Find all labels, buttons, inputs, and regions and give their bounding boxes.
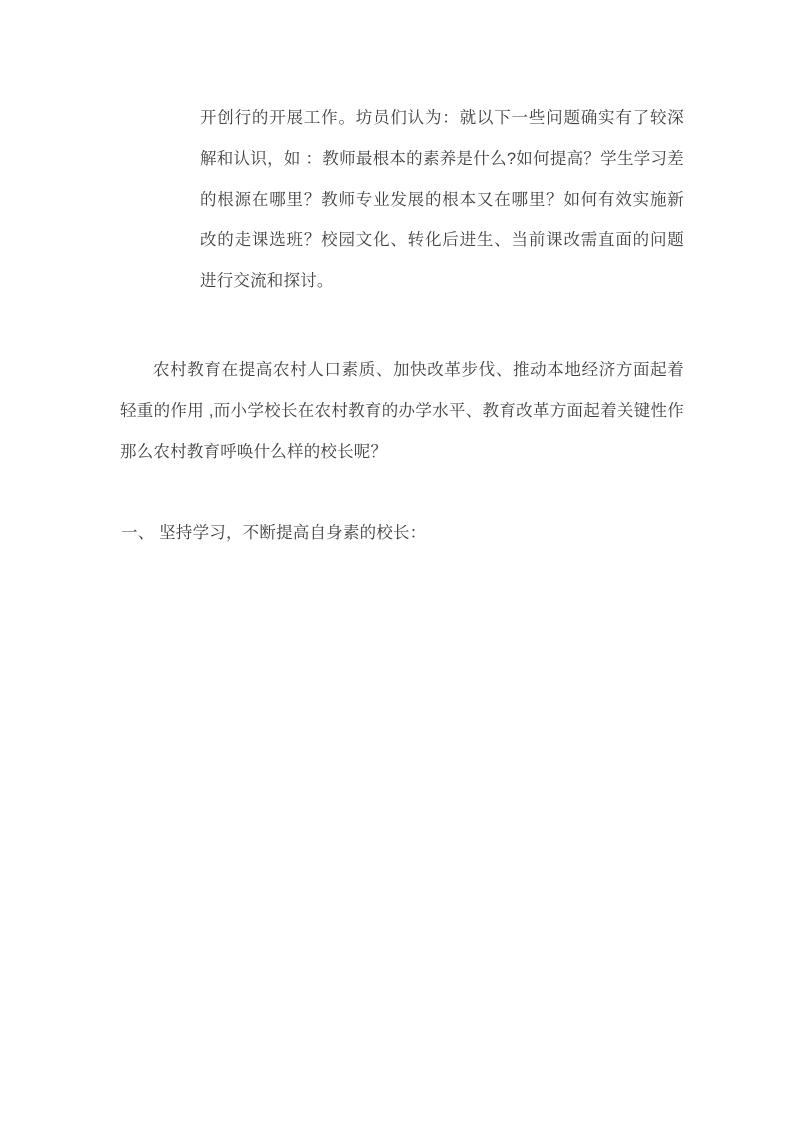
section-heading: 一、 坚持学习，不断提高自身素的校长： [121,513,685,554]
text-line: 开创行的开展工作。坊员们认为：就以下一些问题确实有了较深的理 [200,98,684,139]
text-line: 那么农村教育呼唤什么样的校长呢？ [120,432,684,473]
text-line: 进行交流和探讨。 [200,261,684,302]
text-line: 农村教育在提高农村人口素质、加快改革步伐、推动本地经济方面起着举足 [120,350,684,391]
text-line: 改的走课选班？校园文化、转化后进生、当前课改需直面的问题等等 [200,220,684,261]
paragraph-indented: 开创行的开展工作。坊员们认为：就以下一些问题确实有了较深的理解和认识，如 ：教师… [200,98,684,302]
document-page: 开创行的开展工作。坊员们认为：就以下一些问题确实有了较深的理解和认识，如 ：教师… [0,0,800,1131]
paragraph-body: 农村教育在提高农村人口素质、加快改革步伐、推动本地经济方面起着举足轻重的作用 ,… [120,350,684,472]
text-line: 轻重的作用 ,而小学校长在农村教育的办学水平、教育改革方面起着关键性作用。 [120,391,684,432]
text-line: 解和认识，如 ：教师最根本的素养是什么?如何提高？学生学习差距 [200,139,684,180]
text-line: 的根源在哪里？教师专业发展的根本又在哪里？如何有效实施新课 [200,180,684,221]
